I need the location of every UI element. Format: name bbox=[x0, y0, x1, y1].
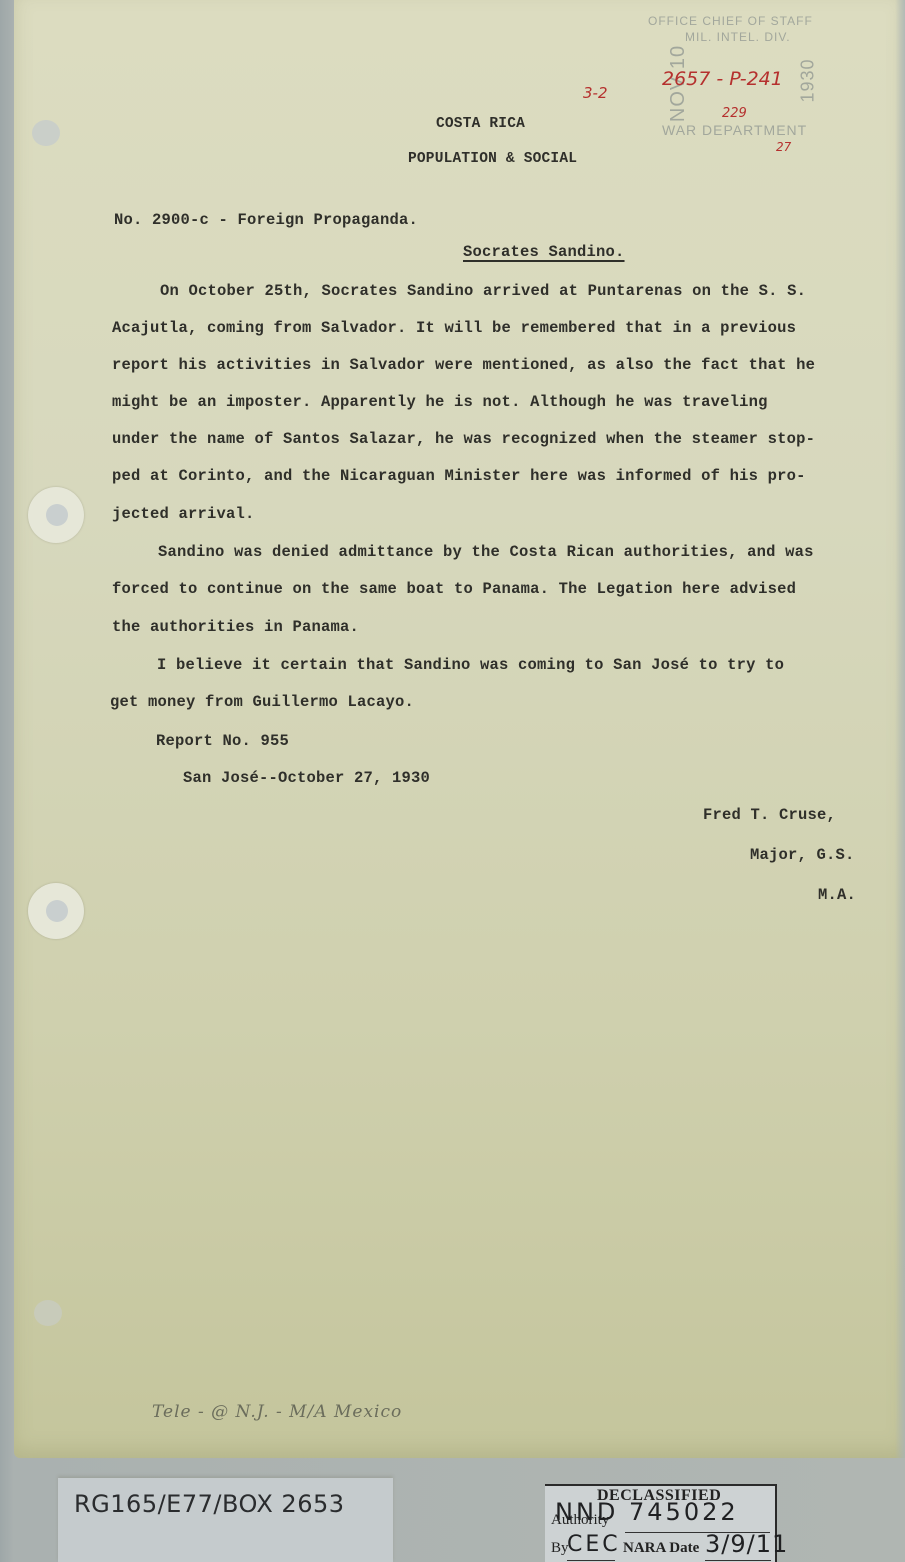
punch-hole-middle bbox=[28, 883, 84, 939]
red-file-number: 2657 - P-241 bbox=[662, 68, 783, 90]
date-value: 3/9/11 bbox=[705, 1530, 788, 1558]
red-mark-left: 3-2 bbox=[583, 84, 608, 102]
body-line: get money from Guillermo Lacayo. bbox=[110, 693, 414, 711]
declassification-stamp: DECLASSIFIED Authority NND 745022 By CEC… bbox=[545, 1484, 777, 1562]
by-label: By bbox=[551, 1540, 569, 1557]
red-mark-low: 27 bbox=[776, 140, 791, 154]
authority-value: NND 745022 bbox=[555, 1498, 739, 1526]
pencil-routing-note: Tele - @ N.J. - M/A Mexico bbox=[152, 1402, 402, 1422]
paper-tear-bottom bbox=[34, 1300, 62, 1326]
body-line: ped at Corinto, and the Nicaraguan Minis… bbox=[112, 467, 806, 485]
signature-rank: Major, G.S. bbox=[750, 846, 855, 864]
body-line: report his activities in Salvador were m… bbox=[112, 356, 815, 374]
report-number: Report No. 955 bbox=[156, 732, 289, 750]
header-country: COSTA RICA bbox=[436, 116, 525, 132]
punch-hole-top bbox=[28, 487, 84, 543]
body-line: I believe it certain that Sandino was co… bbox=[157, 656, 784, 674]
body-line: under the name of Santos Salazar, he was… bbox=[112, 430, 815, 448]
body-line: jected arrival. bbox=[112, 505, 255, 523]
subject-line: No. 2900-c - Foreign Propaganda. bbox=[114, 211, 418, 229]
received-stamp-office: OFFICE CHIEF OF STAFF bbox=[648, 14, 813, 28]
stamp-year: 1930 bbox=[798, 58, 819, 102]
received-stamp-division: MIL. INTEL. DIV. bbox=[685, 30, 791, 44]
body-line: forced to continue on the same boat to P… bbox=[112, 580, 796, 598]
paper-tear bbox=[32, 120, 60, 146]
archive-label-text: RG165/E77/BOX 2653 bbox=[74, 1490, 345, 1518]
body-line: the authorities in Panama. bbox=[112, 618, 359, 636]
stamp-war-department: WAR DEPARTMENT bbox=[662, 122, 807, 138]
body-line: might be an imposter. Apparently he is n… bbox=[112, 393, 768, 411]
body-line: Acajutla, coming from Salvador. It will … bbox=[112, 319, 796, 337]
report-place-date: San José--October 27, 1930 bbox=[183, 769, 430, 787]
subject-title: Socrates Sandino. bbox=[463, 243, 625, 261]
body-line: On October 25th, Socrates Sandino arrive… bbox=[160, 282, 806, 300]
by-value: CEC bbox=[567, 1532, 621, 1557]
signature-name: Fred T. Cruse, bbox=[703, 806, 836, 824]
header-category: POPULATION & SOCIAL bbox=[408, 151, 577, 167]
archive-label-card: RG165/E77/BOX 2653 bbox=[58, 1478, 393, 1562]
by-line bbox=[567, 1560, 615, 1561]
date-line bbox=[705, 1560, 771, 1561]
signature-title: M.A. bbox=[818, 886, 856, 904]
red-mark-mid: 229 bbox=[722, 106, 747, 121]
nara-date-label: NARA Date bbox=[623, 1540, 699, 1557]
body-line: Sandino was denied admittance by the Cos… bbox=[158, 543, 814, 561]
